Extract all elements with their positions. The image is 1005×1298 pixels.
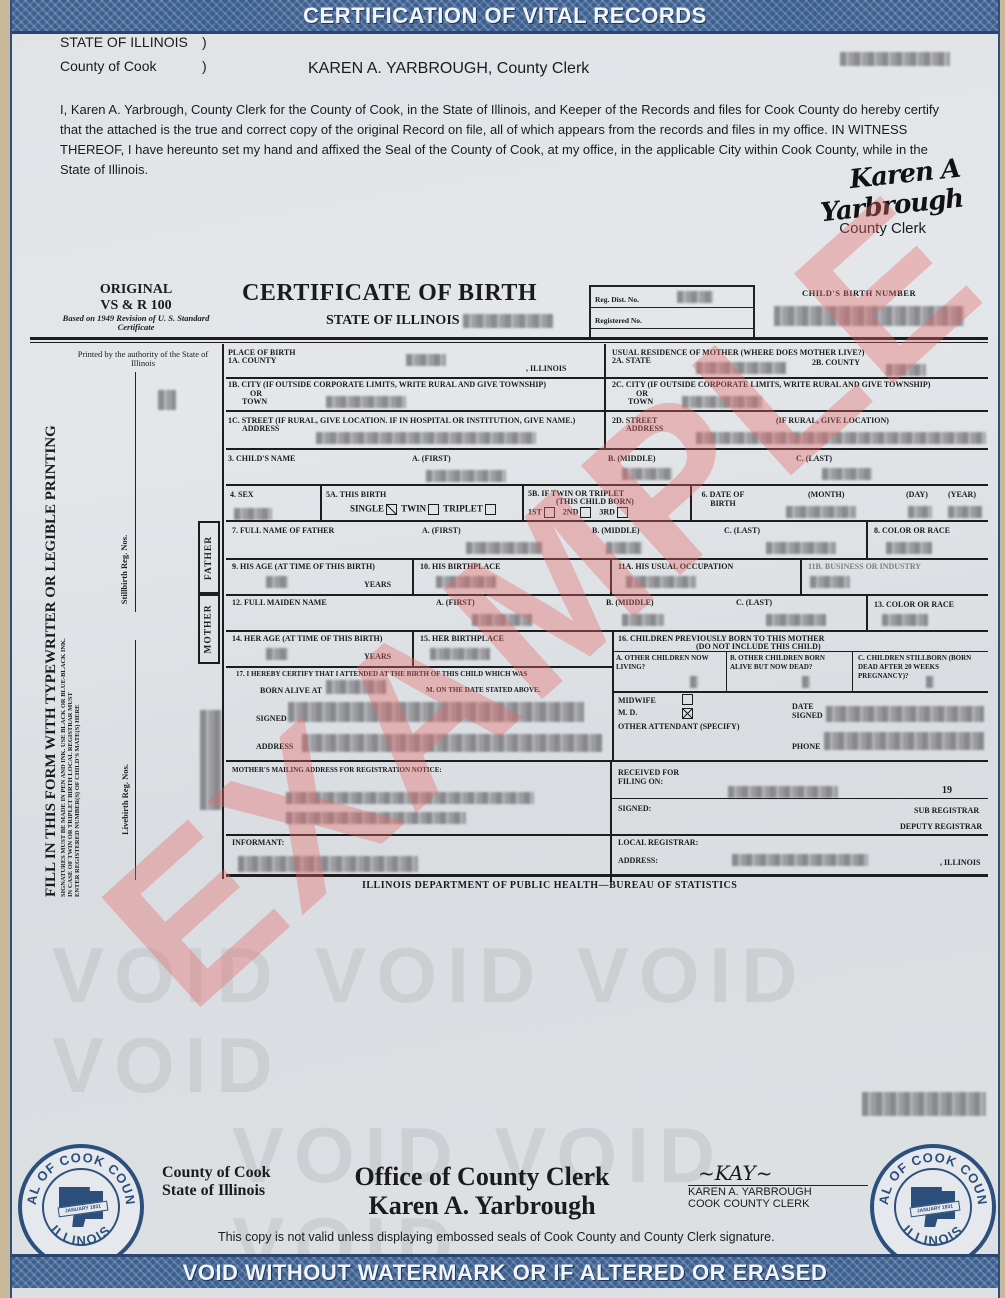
address-label: Address — [256, 742, 293, 751]
received-label: RECEIVED FOR FILING ON: — [618, 768, 698, 786]
child-middle-name-value — [622, 468, 672, 480]
other-attendant-label: OTHER Attendant (Specify) — [618, 722, 740, 731]
birth-day-value — [908, 506, 932, 518]
first-born-label: 1st — [528, 507, 542, 516]
divider — [222, 344, 224, 879]
year-19-label: 19 — [942, 786, 952, 795]
day-label: (Day) — [906, 490, 928, 499]
mother-birthplace-value — [430, 648, 490, 660]
color-race-8-label: 8. COLOR OR RACE — [874, 526, 950, 535]
illinois-label: , ILLINOIS — [526, 364, 566, 373]
divider — [226, 834, 988, 836]
last-name-label: c. (Last) — [796, 454, 832, 463]
certificate-paper: CERTIFICATION OF VITAL RECORDS STATE OF … — [10, 0, 1000, 1298]
state-line: State of Illinois — [162, 1182, 270, 1200]
instruction-line: IN CASE OF TWIN OR TRIPLET BIRTH LOCAL R… — [67, 377, 74, 897]
divider — [226, 484, 988, 486]
father-first-value — [466, 542, 542, 554]
phone-value — [824, 732, 984, 750]
town-label: TOWN — [242, 397, 267, 406]
divider — [135, 372, 136, 612]
first-born-checkbox[interactable] — [544, 507, 555, 518]
county-line: County of Cook — [60, 58, 157, 74]
divider — [226, 874, 988, 877]
childs-birth-number-label: CHILD'S BIRTH NUMBER — [802, 288, 916, 298]
mailing-line2-value — [286, 812, 466, 824]
divider — [30, 337, 988, 340]
twin-label: TWIN — [401, 504, 426, 514]
mother-age-value — [266, 648, 288, 660]
other-dead-label: b. OTHER children born alive but now dea… — [730, 654, 848, 672]
clerk-signature: Karen A Yarbrough — [759, 154, 964, 235]
county-1a-label: 1a. COUNTY — [228, 356, 276, 365]
residence-county-value — [886, 364, 926, 376]
his-age-label: 9. HIS AGE (At time of this birth) — [232, 562, 375, 571]
street-1c-label: 1c. STREET (If rural, give location. If … — [228, 416, 575, 425]
birth-county-value — [406, 354, 446, 366]
mother-tag-label: MOTHER — [204, 604, 214, 653]
mothers-mailing-label: Mother's mailing address for registratio… — [232, 766, 442, 775]
father-tag-label: FATHER — [204, 535, 214, 579]
father-occupation-value — [626, 576, 696, 588]
father-middle-value — [606, 542, 642, 554]
sub-registrar-label: SUB REGISTRAR — [914, 806, 979, 815]
middle-name-label: b. (Middle) — [608, 454, 656, 463]
other-dead-value — [802, 676, 810, 688]
maiden-name-label: 12. FULL MAIDEN NAME — [232, 598, 327, 607]
mother-race-value — [882, 614, 928, 626]
deputy-registrar-label: DEPUTY REGISTRAR — [900, 822, 982, 831]
birth-year-value — [948, 506, 982, 518]
signed-r-label: Signed: — [618, 804, 651, 813]
middle-name-label: b. (Middle) — [606, 598, 654, 607]
first-name-label: a. (First) — [412, 454, 451, 463]
this-birth-label: 5a. THIS BIRTH — [326, 490, 386, 499]
md-label: M. D. — [618, 708, 637, 717]
stillbirth-reg-label: Stillbirth Reg. Nos. — [120, 535, 129, 604]
footer-signature-scrawl: ~KAY~ — [688, 1162, 868, 1186]
business-label: 11b. BUSINESS OR INDUSTRY — [808, 562, 921, 571]
first-name-label: a. (First) — [422, 526, 461, 535]
divider — [866, 594, 868, 630]
divider — [226, 630, 988, 632]
address-label: ADDRESS — [242, 424, 279, 433]
original-label: ORIGINAL — [52, 282, 220, 298]
first-name-label: a. (First) — [436, 598, 475, 607]
paren: ) — [202, 58, 207, 74]
header-band-title: CERTIFICATION OF VITAL RECORDS — [303, 3, 707, 29]
signed-label: Signed — [256, 714, 287, 723]
footer-sig-name: KAREN A. YARBROUGH — [688, 1186, 868, 1198]
mother-middle-value — [622, 614, 664, 626]
middle-name-label: b. (Middle) — [592, 526, 640, 535]
divider — [610, 798, 988, 799]
city-2c-label: 2c. CITY (If outside corporate limits, w… — [612, 380, 930, 389]
bottom-band-text: VOID WITHOUT WATERMARK OR IF ALTERED OR … — [183, 1260, 828, 1286]
address-label: ADDRESS — [626, 424, 663, 433]
reg-dist-row: Reg. Dist. No. — [591, 287, 753, 308]
second-born-checkbox[interactable] — [580, 507, 591, 518]
local-registrar-label: LOCAL REGISTRAR: — [618, 838, 698, 847]
date-signed-value — [826, 706, 984, 722]
office-line: Office of County Clerk — [332, 1162, 632, 1191]
single-label: SINGLE — [350, 504, 384, 514]
printed-by: Printed by the authority of the State of… — [68, 350, 218, 368]
month-label: (Month) — [808, 490, 844, 499]
md-checkbox[interactable] — [682, 708, 693, 719]
birth-street-value — [316, 432, 536, 444]
certificate-state: STATE OF ILLINOIS — [326, 313, 553, 329]
form-instructions: FILL IN THIS FORM WITH TYPEWRITER OR LEG… — [43, 377, 93, 897]
divider — [610, 760, 612, 882]
other-living-value — [690, 676, 698, 688]
divider — [690, 484, 692, 520]
seal-emblem: JANUARY 1831 — [42, 1168, 120, 1246]
twin-checkbox[interactable] — [428, 504, 439, 515]
date-signed-label: Date signed — [792, 702, 822, 720]
third-born-checkbox[interactable] — [617, 507, 628, 518]
divider — [135, 640, 136, 880]
divider — [226, 520, 988, 522]
mailing-line1-value — [286, 792, 534, 804]
divider — [612, 630, 614, 760]
year-label: (Year) — [948, 490, 976, 499]
father-business-value — [810, 576, 850, 588]
state-2a-label: 2a. STATE — [612, 356, 651, 365]
do-not-include-label: (Do NOT include this child) — [696, 642, 821, 651]
based-on: Based on 1949 Revision of U. S. Standard… — [52, 314, 220, 332]
last-name-label: c. (Last) — [724, 526, 760, 535]
triplet-checkbox[interactable] — [485, 504, 496, 515]
phone-label: Phone — [792, 742, 820, 751]
father-last-value — [766, 542, 836, 554]
her-age-label: 14. HER AGE (At time of this birth) — [232, 634, 382, 643]
mother-first-value — [472, 614, 532, 626]
triplet-label: TRIPLET — [443, 504, 483, 514]
father-birthplace-value — [436, 576, 496, 588]
divider — [612, 691, 988, 693]
color-race-13-label: 13. COLOR OR RACE — [874, 600, 954, 609]
date-of-birth-label: 6. DATE OF BIRTH — [698, 490, 748, 508]
years-label: YEARS — [364, 580, 391, 589]
m-on-date-label: M. on the date stated above. — [426, 686, 540, 695]
divider — [226, 594, 988, 596]
divider — [226, 377, 988, 379]
instruction-line: SIGNATURES must be made in pen and ink. … — [60, 377, 67, 897]
divider — [412, 630, 414, 666]
child-first-name-value — [426, 470, 506, 482]
clerk-name: Karen A. Yarbrough — [332, 1191, 632, 1220]
years-label: YEARS — [364, 652, 391, 661]
certify-17-label: 17. I hereby certify that I attended at … — [236, 670, 527, 679]
department-label: ILLINOIS DEPARTMENT OF PUBLIC HEALTH—BUR… — [362, 880, 737, 890]
father-tag: FATHER — [198, 521, 220, 594]
third-born-label: 3rd — [599, 507, 615, 516]
clerk-signature-block: Karen A Yarbrough County Clerk — [762, 164, 962, 237]
midwife-label: MIDWIFE — [618, 696, 656, 705]
town-label: TOWN — [628, 397, 653, 406]
address-r-label: Address: — [618, 856, 658, 865]
footer-section: SEAL OF COOK COUNTY ILLINOIS JANUARY 183… — [12, 1140, 998, 1250]
father-name-label: 7. FULL NAME OF FATHER — [232, 526, 334, 535]
residence-city-value — [682, 396, 762, 408]
his-birthplace-label: 10. HIS BIRTHPLACE — [420, 562, 500, 571]
instruction-line: ENTER REGISTERED NUMBER(S) OF CHILD'S MA… — [74, 377, 81, 897]
divider — [226, 558, 988, 560]
void-row: VOID VOID VOID VOID — [52, 930, 982, 1110]
footer-sig-title: COOK COUNTY CLERK — [688, 1198, 868, 1210]
city-1b-label: 1b. CITY (If outside corporate limits, w… — [228, 380, 546, 389]
born-alive-label: BORN ALIVE at — [260, 686, 322, 695]
mate-number-redacted — [200, 710, 222, 810]
registrar-address-value — [732, 854, 868, 866]
reg-dist-redacted — [677, 291, 713, 303]
state-file-redacted — [463, 314, 553, 328]
stillborn-value — [926, 676, 934, 688]
single-checkbox[interactable] — [386, 504, 397, 515]
residence-state-value — [696, 362, 786, 374]
birth-order-options: 1st 2nd 3rd — [528, 507, 630, 518]
divider — [800, 558, 802, 594]
divider — [226, 666, 612, 668]
divider — [852, 651, 853, 691]
divider — [226, 760, 988, 762]
midwife-checkbox[interactable] — [682, 694, 693, 705]
certificate-title: CERTIFICATE OF BIRTH — [242, 280, 537, 307]
father-age-value — [266, 576, 288, 588]
state-label: STATE OF ILLINOIS — [326, 313, 460, 328]
serial-number-redacted — [862, 1092, 986, 1116]
divider — [412, 558, 414, 594]
footer-signature: ~KAY~ KAREN A. YARBROUGH COOK COUNTY CLE… — [688, 1162, 868, 1210]
stillborn-label: c. Children stillborn (born dead after 2… — [858, 654, 986, 681]
livebirth-reg-label: Livebirth Reg. Nos. — [121, 764, 130, 835]
received-date-value — [728, 786, 838, 798]
attendant-signature-value — [288, 702, 584, 722]
county-2b-label: 2b. COUNTY — [812, 358, 860, 367]
registered-label: Registered No. — [595, 316, 642, 325]
divider — [30, 342, 988, 343]
childs-name-label: 3. CHILD'S NAME — [228, 454, 295, 463]
divider — [726, 651, 727, 691]
divider — [610, 558, 612, 594]
bottom-band: VOID WITHOUT WATERMARK OR IF ALTERED OR … — [12, 1254, 998, 1288]
registered-row: Registered No. — [591, 308, 753, 329]
birth-city-value — [326, 396, 406, 408]
county-line: County of Cook — [162, 1164, 270, 1182]
divider — [866, 520, 868, 558]
divider — [320, 484, 322, 520]
this-child-born-label: (This child born) — [556, 497, 634, 506]
validity-notice: This copy is not valid unless displaying… — [218, 1230, 775, 1244]
reg-dist-label: Reg. Dist. No. — [595, 295, 639, 304]
illinois-r-label: , ILLINOIS — [940, 858, 980, 867]
divider — [604, 344, 606, 448]
registration-box: Reg. Dist. No. Registered No. — [589, 285, 755, 337]
birth-month-value — [786, 506, 856, 518]
office-title: Office of County Clerk Karen A. Yarbroug… — [332, 1162, 632, 1220]
instruction-main: FILL IN THIS FORM WITH TYPEWRITER OR LEG… — [43, 377, 60, 897]
birth-type-options: SINGLE TWIN TRIPLET — [350, 504, 498, 515]
form-id: VS & R 100 — [52, 298, 220, 314]
margin-redacted — [158, 390, 176, 410]
born-alive-time-value — [326, 680, 386, 694]
divider — [226, 448, 988, 450]
certification-date-redacted — [840, 52, 950, 66]
divider — [226, 410, 988, 412]
child-last-name-value — [822, 468, 872, 480]
cook-county-seal-left: SEAL OF COOK COUNTY ILLINOIS JANUARY 183… — [18, 1144, 144, 1270]
header-band: CERTIFICATION OF VITAL RECORDS — [12, 0, 998, 34]
attendant-address-value — [302, 734, 602, 752]
clerk-title: KAREN A. YARBROUGH, County Clerk — [308, 60, 589, 78]
void-watermark: VOID VOID VOID VOID VOID VOID VOID — [52, 930, 982, 1100]
paren: ) — [202, 34, 207, 50]
mother-last-value — [766, 614, 826, 626]
seal-emblem: JANUARY 1831 — [894, 1168, 972, 1246]
informant-value — [238, 856, 418, 872]
father-race-value — [886, 542, 932, 554]
county-lines: County of Cook State of Illinois — [162, 1164, 270, 1200]
last-name-label: c. (Last) — [736, 598, 772, 607]
mother-tag: MOTHER — [198, 594, 220, 664]
form-origin: ORIGINAL VS & R 100 Based on 1949 Revisi… — [52, 282, 220, 332]
sex-label: 4. SEX — [230, 490, 254, 499]
divider — [522, 484, 524, 520]
state-line: STATE OF ILLINOIS — [60, 34, 188, 50]
sex-value — [234, 508, 272, 520]
informant-label: INFORMANT: — [232, 838, 284, 847]
cook-county-seal-right: SEAL OF COOK COUNTY ILLINOIS JANUARY 183… — [870, 1144, 996, 1270]
divider — [612, 651, 988, 652]
second-born-label: 2nd — [563, 507, 579, 516]
if-rural-label: (If rural, give location) — [776, 416, 889, 425]
his-occupation-label: 11a. HIS USUAL OCCUPATION — [618, 562, 733, 571]
childs-birth-number-redacted — [774, 306, 964, 326]
other-living-label: a. OTHER children now living? — [616, 654, 726, 672]
her-birthplace-label: 15. HER BIRTHPLACE — [420, 634, 504, 643]
residence-street-value — [696, 432, 986, 444]
